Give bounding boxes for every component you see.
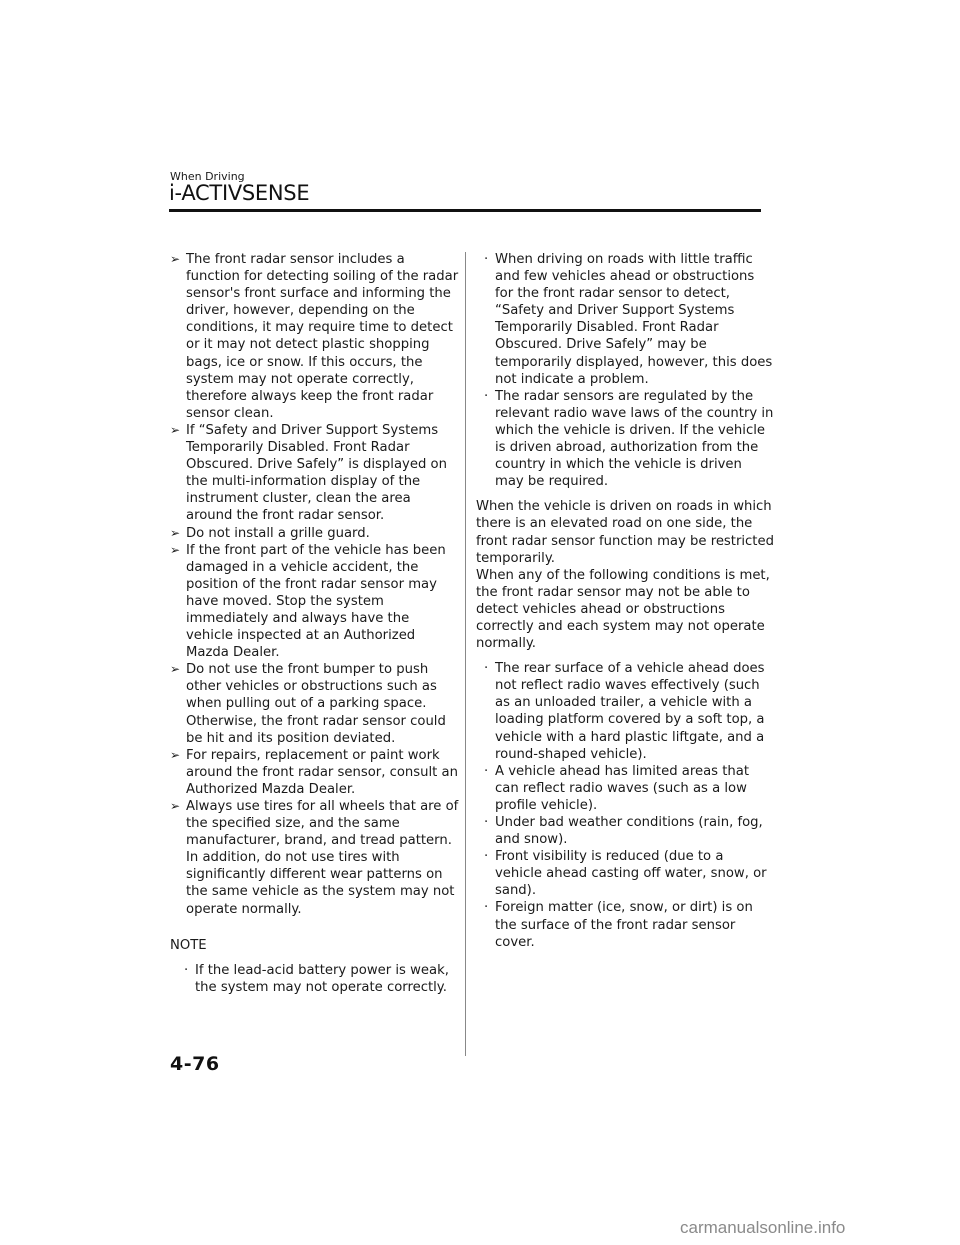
arrow-bullet-icon: ➢ (170, 251, 180, 268)
caution-item: ➢The front radar sensor includes a funct… (170, 251, 460, 422)
arrow-bullet-icon: ➢ (170, 747, 180, 764)
watermark-link[interactable]: carmanualsonline.info (680, 1218, 845, 1238)
condition-item: ·Front visibility is reduced (due to a v… (484, 848, 774, 899)
caution-item: ➢Always use tires for all wheels that ar… (170, 798, 460, 918)
page-number: 4-76 (170, 1053, 220, 1075)
dot-bullet-icon: · (484, 763, 488, 780)
condition-item: ·The rear surface of a vehicle ahead doe… (484, 660, 774, 763)
right-column: ·When driving on roads with little traff… (484, 251, 774, 951)
conditions-list: ·The rear surface of a vehicle ahead doe… (484, 660, 774, 951)
dot-bullet-icon: · (484, 251, 488, 268)
note-item: ·When driving on roads with little traff… (484, 251, 774, 388)
dot-bullet-icon: · (484, 388, 488, 405)
caution-item: ➢Do not use the front bumper to push oth… (170, 661, 460, 746)
condition-item: ·Foreign matter (ice, snow, or dirt) is … (484, 899, 774, 950)
header-rule (169, 209, 761, 212)
condition-item: ·Under bad weather conditions (rain, fog… (484, 814, 774, 848)
note-list-continued: ·When driving on roads with little traff… (484, 251, 774, 490)
caution-item: ➢Do not install a grille guard. (170, 525, 460, 542)
arrow-bullet-icon: ➢ (170, 542, 180, 559)
dot-bullet-icon: · (484, 899, 488, 916)
arrow-bullet-icon: ➢ (170, 422, 180, 439)
dot-bullet-icon: · (484, 814, 488, 831)
note-list: ·If the lead-acid battery power is weak,… (184, 962, 460, 996)
dot-bullet-icon: · (484, 660, 488, 677)
condition-item: ·A vehicle ahead has limited areas that … (484, 763, 774, 814)
note-item: ·The radar sensors are regulated by the … (484, 388, 774, 491)
arrow-bullet-icon: ➢ (170, 525, 180, 542)
caution-list: ➢The front radar sensor includes a funct… (170, 251, 460, 918)
arrow-bullet-icon: ➢ (170, 661, 180, 678)
body-paragraph: When the vehicle is driven on roads in w… (476, 498, 774, 566)
dot-bullet-icon: · (484, 848, 488, 865)
note-heading: NOTE (170, 937, 460, 954)
column-divider (465, 252, 466, 1056)
body-paragraph: When any of the following conditions is … (476, 567, 774, 652)
caution-item: ➢If “Safety and Driver Support Systems T… (170, 422, 460, 525)
arrow-bullet-icon: ➢ (170, 798, 180, 815)
page-title: i-ACTIVSENSE (169, 181, 309, 205)
left-column: ➢The front radar sensor includes a funct… (170, 251, 460, 996)
dot-bullet-icon: · (184, 962, 188, 979)
note-item: ·If the lead-acid battery power is weak,… (184, 962, 460, 996)
caution-item: ➢If the front part of the vehicle has be… (170, 542, 460, 662)
caution-item: ➢For repairs, replacement or paint work … (170, 747, 460, 798)
